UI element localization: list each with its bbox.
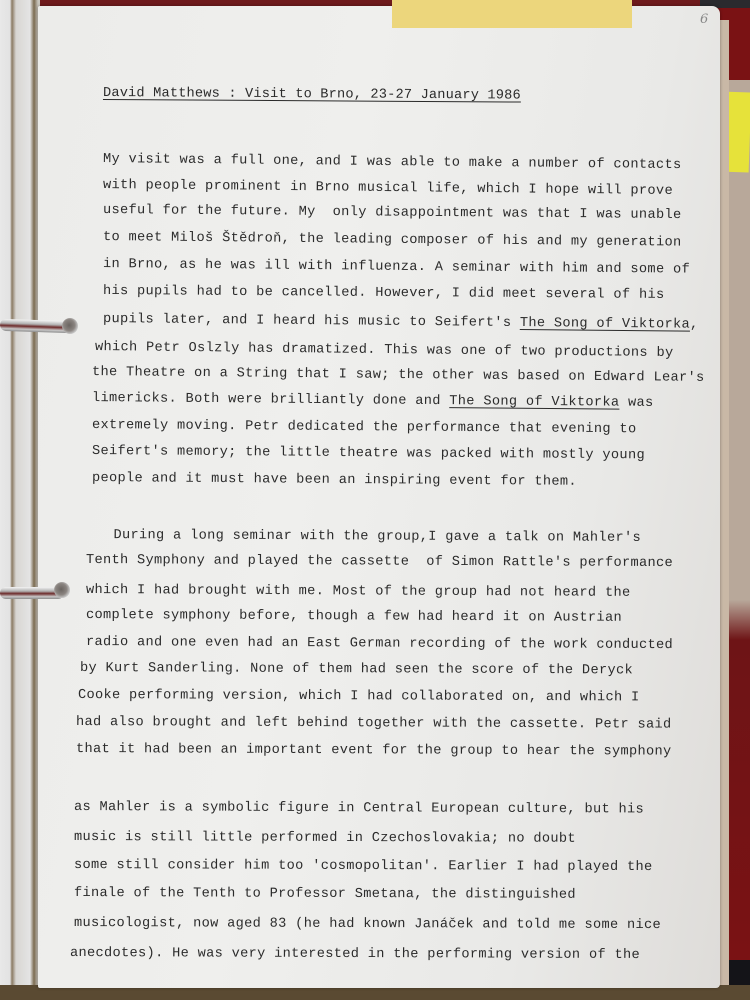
text-segment: by Kurt Sanderling. None of them had see…: [80, 661, 633, 678]
text-segment: with people prominent in Brno musical li…: [103, 178, 673, 199]
text-line: to meet Miloš Štědroň, the leading compo…: [103, 230, 682, 251]
text-segment: people and it must have been an inspirin…: [92, 471, 577, 490]
text-segment: which I had brought with me. Most of the…: [86, 583, 631, 601]
text-line: by Kurt Sanderling. None of them had see…: [80, 661, 633, 678]
text-line: people and it must have been an inspirin…: [92, 471, 577, 490]
binder-ring-lower-end: [54, 582, 70, 598]
text-segment: some still consider him too 'cosmopolita…: [74, 858, 653, 875]
text-segment: music is still little performed in Czech…: [74, 830, 576, 847]
text-line: finale of the Tenth to Professor Smetana…: [74, 886, 576, 903]
text-segment: limericks. Both were brilliantly done an…: [92, 391, 449, 409]
text-line: as Mahler is a symbolic figure in Centra…: [74, 800, 644, 817]
text-line: music is still little performed in Czech…: [74, 830, 576, 847]
text-segment: radio and one even had an East German re…: [86, 635, 673, 653]
text-line: useful for the future. My only disappoin…: [103, 203, 682, 223]
text-segment: During a long seminar with the group,I g…: [88, 528, 641, 546]
text-line: extremely moving. Petr dedicated the per…: [92, 418, 637, 437]
text-line: limericks. Both were brilliantly done an…: [92, 391, 654, 411]
text-segment: ,: [690, 318, 699, 333]
text-line: had also brought and left behind togethe…: [76, 715, 672, 733]
text-segment: which Petr Oslzly has dramatized. This w…: [95, 340, 674, 361]
text-segment: Cooke performing version, which I had co…: [78, 688, 640, 705]
text-segment: his pupils had to be cancelled. However,…: [103, 284, 665, 303]
text-segment: the Theatre on a String that I saw; the …: [92, 365, 705, 386]
text-line: which Petr Oslzly has dramatized. This w…: [95, 340, 674, 361]
text-line: anecdotes). He was very interested in th…: [70, 946, 640, 963]
text-line: some still consider him too 'cosmopolita…: [74, 858, 653, 875]
text-line: My visit was a full one, and I was able …: [103, 152, 682, 173]
text-segment: pupils later, and I heard his music to S…: [103, 312, 520, 331]
text-segment: finale of the Tenth to Professor Smetana…: [74, 886, 576, 903]
text-segment: musicologist, now aged 83 (he had known …: [74, 916, 661, 933]
text-line: the Theatre on a String that I saw; the …: [92, 365, 705, 386]
text-line: Seifert's memory; the little theatre was…: [92, 444, 645, 463]
text-line: pupils later, and I heard his music to S…: [103, 312, 699, 333]
text-segment: anecdotes). He was very interested in th…: [70, 946, 640, 963]
text-segment: as Mahler is a symbolic figure in Centra…: [74, 800, 644, 817]
text-line: complete symphony before, though a few h…: [86, 608, 622, 626]
text-segment: useful for the future. My only disappoin…: [103, 203, 682, 223]
underlined-title-text: The Song of Viktorka: [520, 316, 690, 333]
document-title: David Matthews : Visit to Brno, 23-27 Ja…: [103, 86, 521, 104]
binder-ring-upper-end: [62, 318, 78, 334]
text-line: that it had been an important event for …: [76, 742, 672, 760]
text-line: musicologist, now aged 83 (he had known …: [74, 916, 661, 933]
text-segment: to meet Miloš Štědroň, the leading compo…: [103, 230, 682, 251]
text-line: radio and one even had an East German re…: [86, 635, 673, 653]
underlined-title-text: The Song of Viktorka: [449, 394, 619, 410]
text-segment: extremely moving. Petr dedicated the per…: [92, 418, 637, 437]
text-segment: complete symphony before, though a few h…: [86, 608, 622, 626]
text-line: his pupils had to be cancelled. However,…: [103, 284, 665, 303]
text-segment: that it had been an important event for …: [76, 742, 672, 760]
text-line: During a long seminar with the group,I g…: [88, 528, 641, 546]
text-segment: had also brought and left behind togethe…: [76, 715, 672, 733]
text-line: Cooke performing version, which I had co…: [78, 688, 640, 705]
text-segment: My visit was a full one, and I was able …: [103, 152, 682, 173]
text-line: which I had brought with me. Most of the…: [86, 583, 631, 601]
text-segment: Seifert's memory; the little theatre was…: [92, 444, 645, 463]
text-segment: in Brno, as he was ill with influenza. A…: [103, 257, 690, 278]
document-body: David Matthews : Visit to Brno, 23-27 Ja…: [0, 0, 750, 1000]
text-segment: Tenth Symphony and played the cassette o…: [86, 553, 673, 571]
text-line: Tenth Symphony and played the cassette o…: [86, 553, 673, 571]
text-line: in Brno, as he was ill with influenza. A…: [103, 257, 690, 278]
text-line: with people prominent in Brno musical li…: [103, 178, 673, 199]
text-segment: was: [619, 396, 653, 411]
